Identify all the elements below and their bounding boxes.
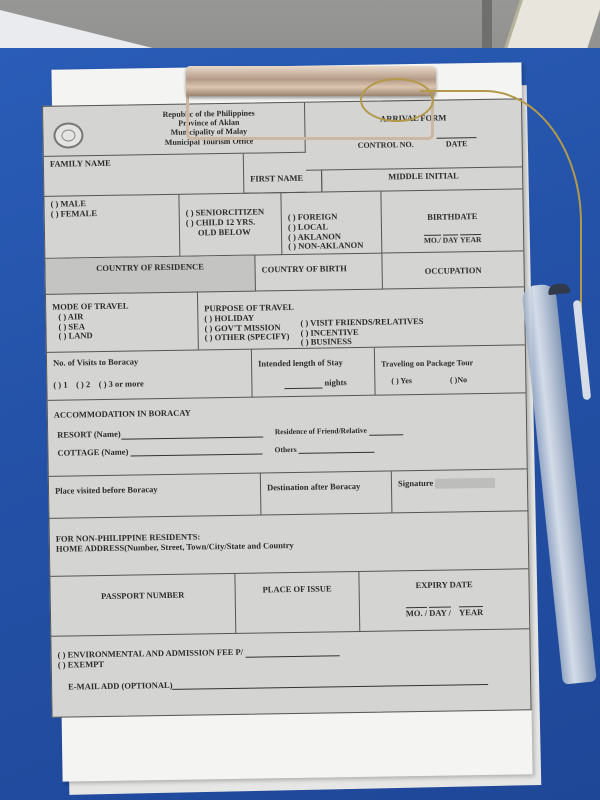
visits-label: No. of Visits to Boracay bbox=[53, 356, 245, 369]
non-aklanon-option[interactable]: ( ) NON-AKLANON bbox=[288, 241, 375, 252]
place-before-label: Place visited before Boracay bbox=[55, 484, 158, 496]
country-of-residence-label: COUNTRY OF RESIDENCE bbox=[96, 261, 204, 273]
expiry-year: YEAR bbox=[459, 606, 483, 618]
country-of-residence-field[interactable]: COUNTRY OF RESIDENCE bbox=[45, 256, 256, 295]
residence-friend-label: Residence of Friend/Relative bbox=[275, 426, 367, 436]
family-name-label: FAMILY NAME bbox=[50, 158, 111, 169]
cottage-label: COTTAGE (Name) bbox=[57, 446, 128, 457]
place-of-issue-label: PLACE OF ISSUE bbox=[262, 583, 331, 594]
signature-field[interactable]: Signature bbox=[392, 469, 528, 513]
email-label: E-MAIL ADD (OPTIONAL) bbox=[68, 679, 173, 691]
passport-number-field[interactable]: PASSPORT NUMBER bbox=[50, 574, 236, 637]
others-input[interactable] bbox=[299, 444, 375, 454]
sex-group: ( ) MALE ( ) FEMALE bbox=[44, 195, 180, 259]
place-of-issue-field[interactable]: PLACE OF ISSUE bbox=[235, 572, 360, 634]
signature-label: Signature bbox=[398, 478, 433, 489]
environmental-fee-amount-input[interactable] bbox=[245, 647, 339, 657]
resort-name-input[interactable] bbox=[121, 428, 263, 439]
email-input[interactable] bbox=[172, 676, 488, 690]
environmental-fee-option[interactable]: ( ) ENVIRONMENTAL AND ADMISSION FEE P/ bbox=[58, 647, 244, 660]
mode-land-option[interactable]: ( ) LAND bbox=[59, 330, 192, 342]
visits-1-option[interactable]: ( ) 1 bbox=[53, 379, 67, 389]
length-of-stay-field[interactable]: Intended length of Stay nights bbox=[252, 348, 376, 398]
length-of-stay-label: Intended length of Stay bbox=[258, 358, 368, 369]
purpose-business-option[interactable]: ( ) BUSINESS bbox=[301, 336, 424, 348]
resort-label: RESORT (Name) bbox=[57, 428, 121, 439]
accommodation-label: ACCOMMODATION IN BORACAY bbox=[54, 403, 520, 420]
first-name-cell-border bbox=[244, 170, 322, 193]
package-tour-label: Traveling on Package Tour bbox=[381, 357, 519, 368]
cottage-name-input[interactable] bbox=[130, 446, 262, 457]
residence-friend-input[interactable] bbox=[369, 426, 403, 436]
fees-group: ( ) ENVIRONMENTAL AND ADMISSION FEE P/ (… bbox=[51, 629, 530, 716]
package-tour-yes-option[interactable]: ( ) Yes bbox=[391, 376, 412, 385]
place-before-field[interactable]: Place visited before Boracay bbox=[49, 473, 262, 518]
visits-group: No. of Visits to Boracay ( ) 1 ( ) 2 ( )… bbox=[47, 350, 253, 401]
visits-3-option[interactable]: ( ) 3 or more bbox=[99, 378, 144, 389]
accommodation-group: ACCOMMODATION IN BORACAY RESORT (Name) R… bbox=[48, 393, 527, 476]
visits-2-option[interactable]: ( ) 2 bbox=[76, 379, 90, 389]
package-tour-group: Traveling on Package Tour ( ) Yes ( )No bbox=[375, 345, 526, 395]
child-option-note: OLD BELOW bbox=[186, 227, 275, 238]
passport-number-label: PASSPORT NUMBER bbox=[101, 590, 184, 601]
nights-label: nights bbox=[324, 377, 346, 387]
expiry-month: MO. / bbox=[406, 607, 427, 619]
package-tour-no-option[interactable]: ( )No bbox=[450, 375, 467, 384]
signature-redaction bbox=[435, 478, 495, 489]
destination-after-field[interactable]: Destination after Boracay bbox=[261, 471, 393, 515]
municipal-seal-icon bbox=[53, 122, 83, 148]
country-of-birth-label: COUNTRY OF BIRTH bbox=[262, 263, 347, 274]
expiry-date-label: EXPIRY DATE bbox=[366, 579, 523, 591]
family-name-field[interactable]: FAMILY NAME bbox=[44, 154, 245, 197]
sex-female-option[interactable]: ( ) FEMALE bbox=[51, 208, 173, 220]
nights-blank bbox=[284, 379, 322, 389]
mode-of-travel-group: MODE OF TRAVEL ( ) AIR ( ) SEA ( ) LAND bbox=[46, 292, 199, 352]
purpose-other-option[interactable]: ( ) OTHER (SPECIFY) bbox=[205, 332, 301, 343]
expiry-date-field[interactable]: EXPIRY DATE MO. / DAY / YEAR bbox=[359, 569, 529, 632]
expiry-day: DAY / bbox=[429, 606, 451, 618]
home-address-field[interactable]: FOR NON-PHILIPPINE RESIDENTS: HOME ADDRE… bbox=[49, 511, 528, 577]
origin-group: ( ) FOREIGN ( ) LOCAL ( ) AKLANON ( ) NO… bbox=[281, 192, 382, 256]
country-of-birth-field[interactable]: COUNTRY OF BIRTH bbox=[255, 254, 383, 292]
others-label: Others bbox=[275, 444, 297, 453]
destination-after-label: Destination after Boracay bbox=[267, 481, 360, 492]
age-group: ( ) SENIORCITIZEN ( ) CHILD 12 YRS. OLD … bbox=[179, 193, 282, 257]
